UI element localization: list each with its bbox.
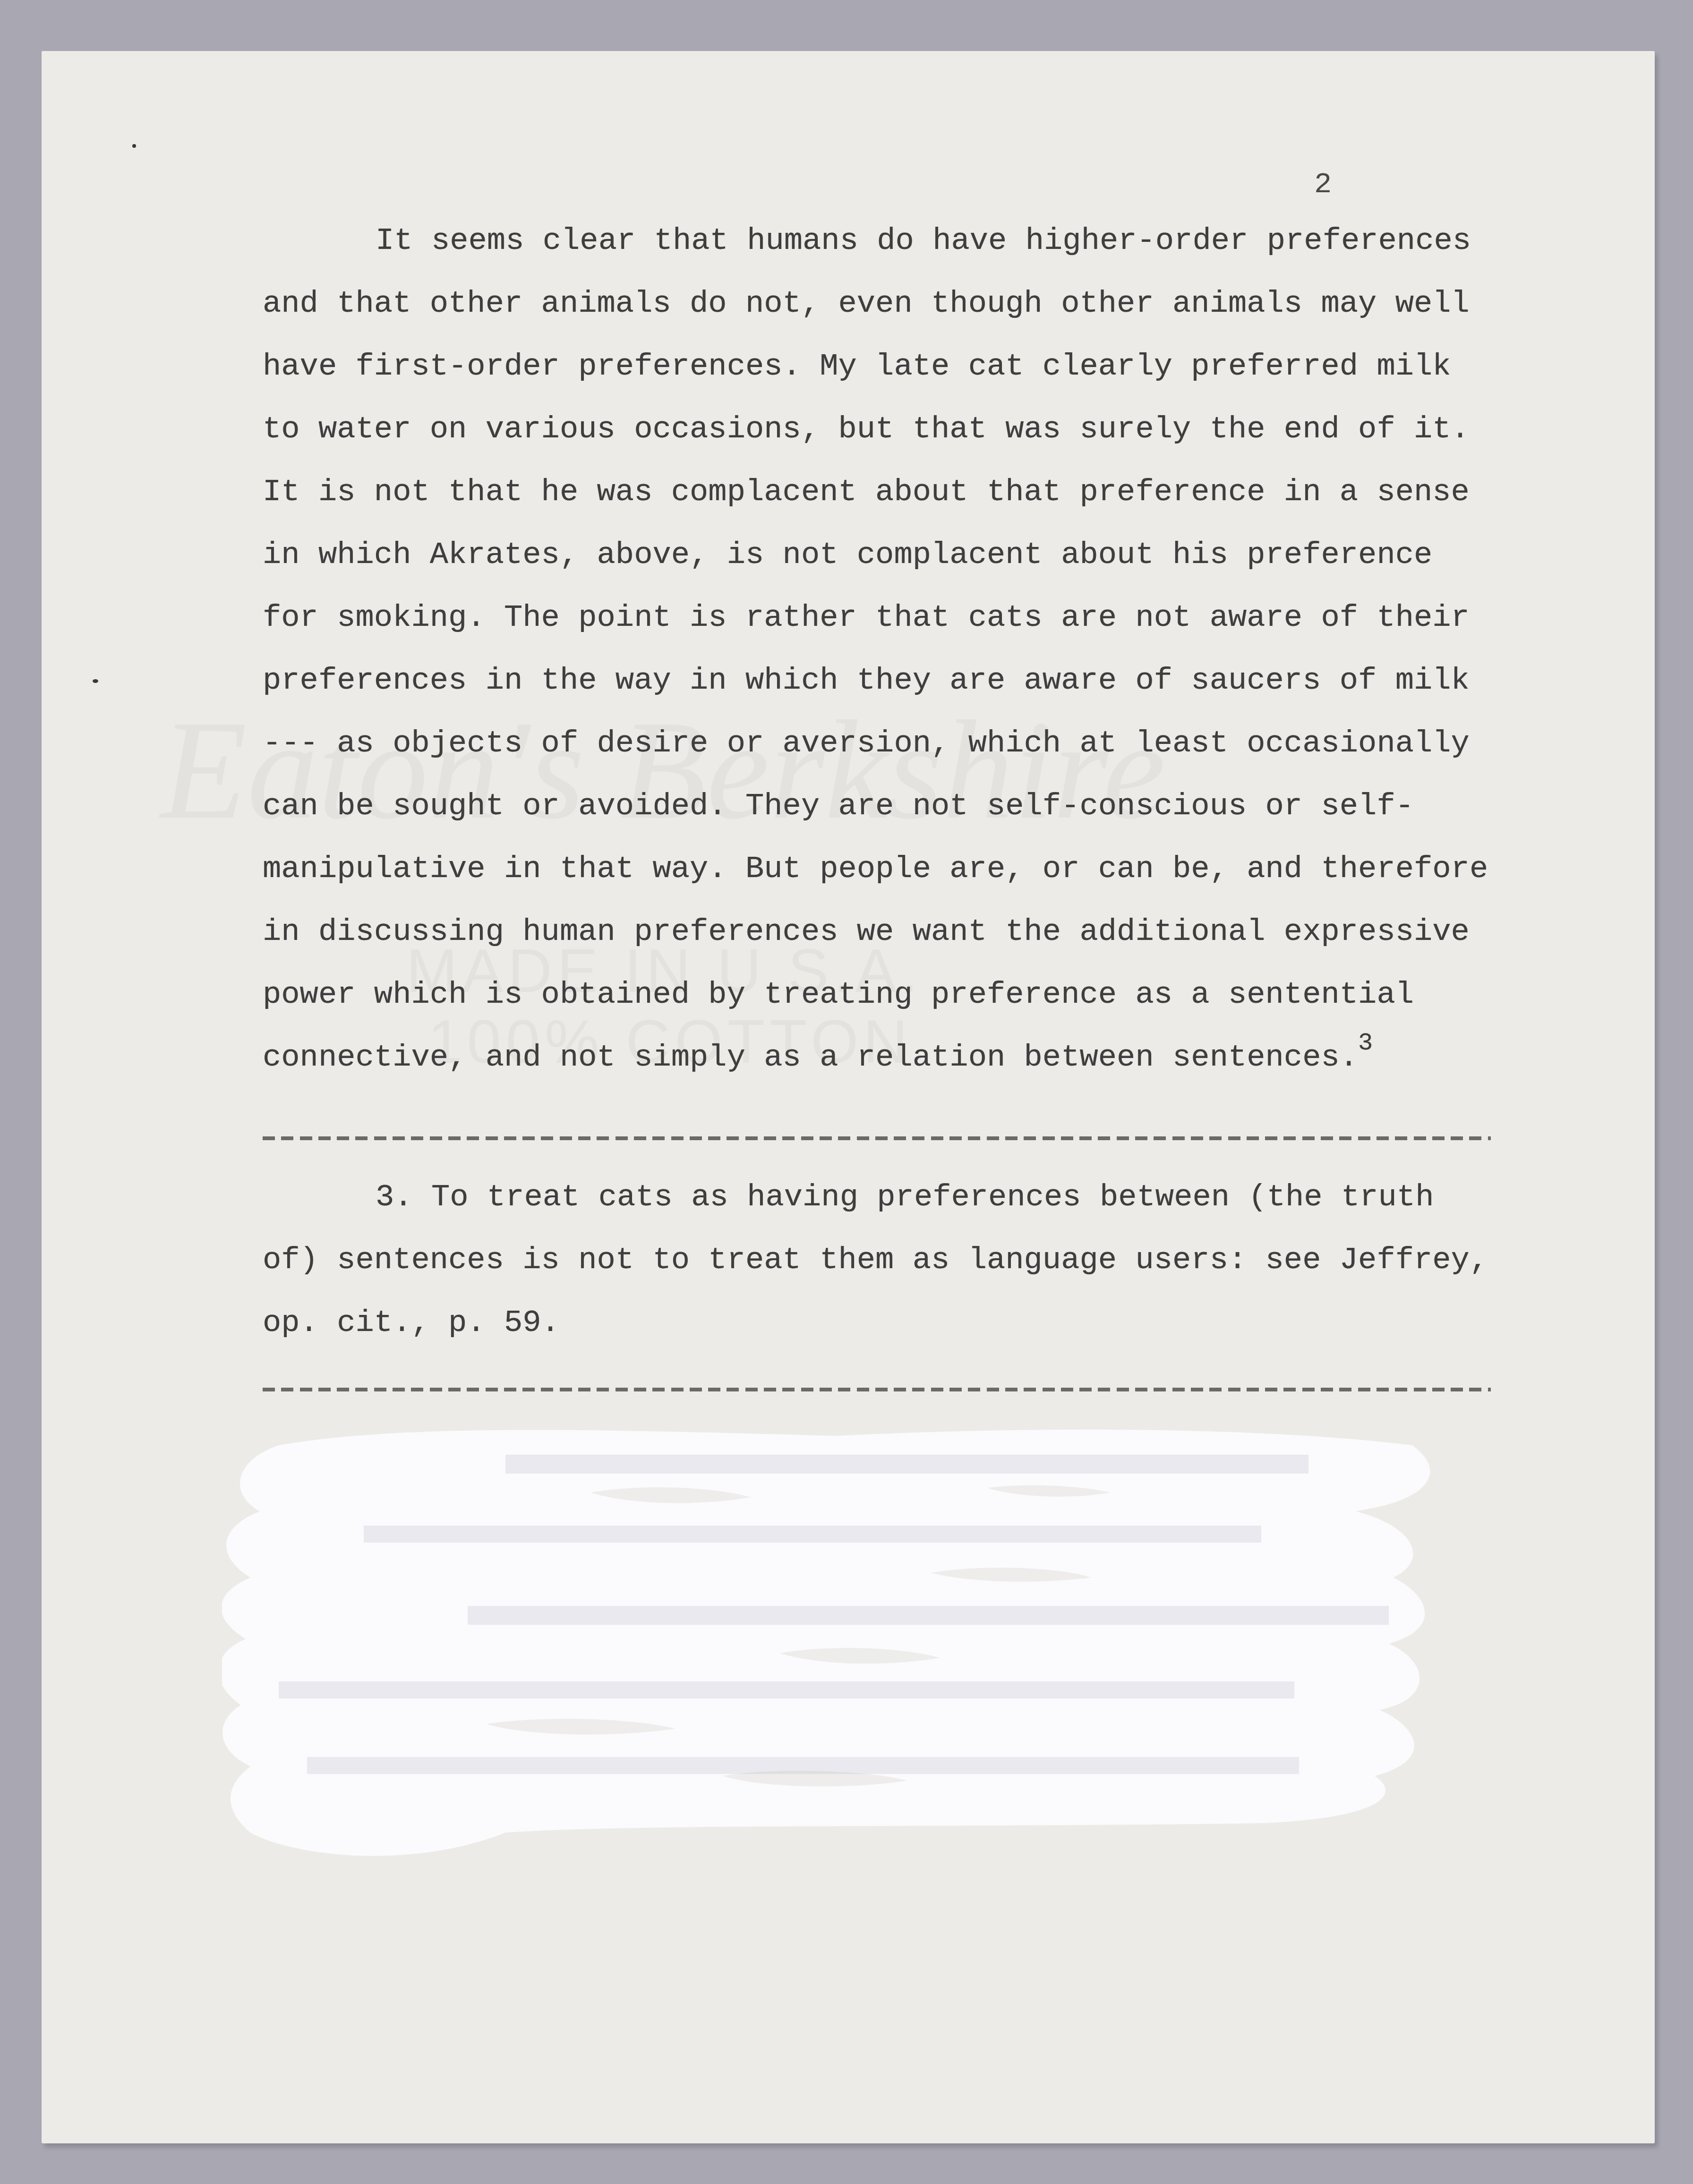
body-line: have first-order preferences. My late ca… bbox=[263, 348, 1451, 385]
body-line: in which Akrates, above, is not complace… bbox=[263, 536, 1432, 574]
body-line: manipulative in that way. But people are… bbox=[263, 850, 1488, 888]
footnote-line: of) sentences is not to treat them as la… bbox=[263, 1241, 1488, 1279]
body-line: and that other animals do not, even thou… bbox=[263, 285, 1470, 323]
body-line: for smoking. The point is rather that ca… bbox=[263, 599, 1470, 637]
body-line: can be sought or avoided. They are not s… bbox=[263, 787, 1414, 825]
body-line: preferences in the way in which they are… bbox=[263, 662, 1470, 700]
body-line: --- as objects of desire or aversion, wh… bbox=[263, 725, 1470, 762]
paper-speck bbox=[132, 144, 136, 148]
footnote-separator-bottom bbox=[263, 1388, 1491, 1391]
body-line-last: connective, and not simply as a relation… bbox=[263, 1039, 1373, 1078]
body-line: It is not that he was complacent about t… bbox=[263, 473, 1470, 511]
footnote-line: op. cit., p. 59. bbox=[263, 1304, 560, 1342]
body-line-text: connective, and not simply as a relation… bbox=[263, 1040, 1358, 1075]
paper-speck bbox=[93, 679, 98, 683]
body-line: power which is obtained by treating pref… bbox=[263, 976, 1414, 1014]
body-line: to water on various occasions, but that … bbox=[263, 410, 1470, 448]
footnote-line: 3. To treat cats as having preferences b… bbox=[376, 1178, 1434, 1216]
body-line: in discussing human preferences we want … bbox=[263, 913, 1470, 951]
page-number: 2 bbox=[1314, 168, 1332, 201]
footnote-reference-marker: 3 bbox=[1358, 1029, 1373, 1057]
body-line: It seems clear that humans do have highe… bbox=[376, 222, 1471, 260]
footnote-separator-top bbox=[263, 1136, 1491, 1140]
